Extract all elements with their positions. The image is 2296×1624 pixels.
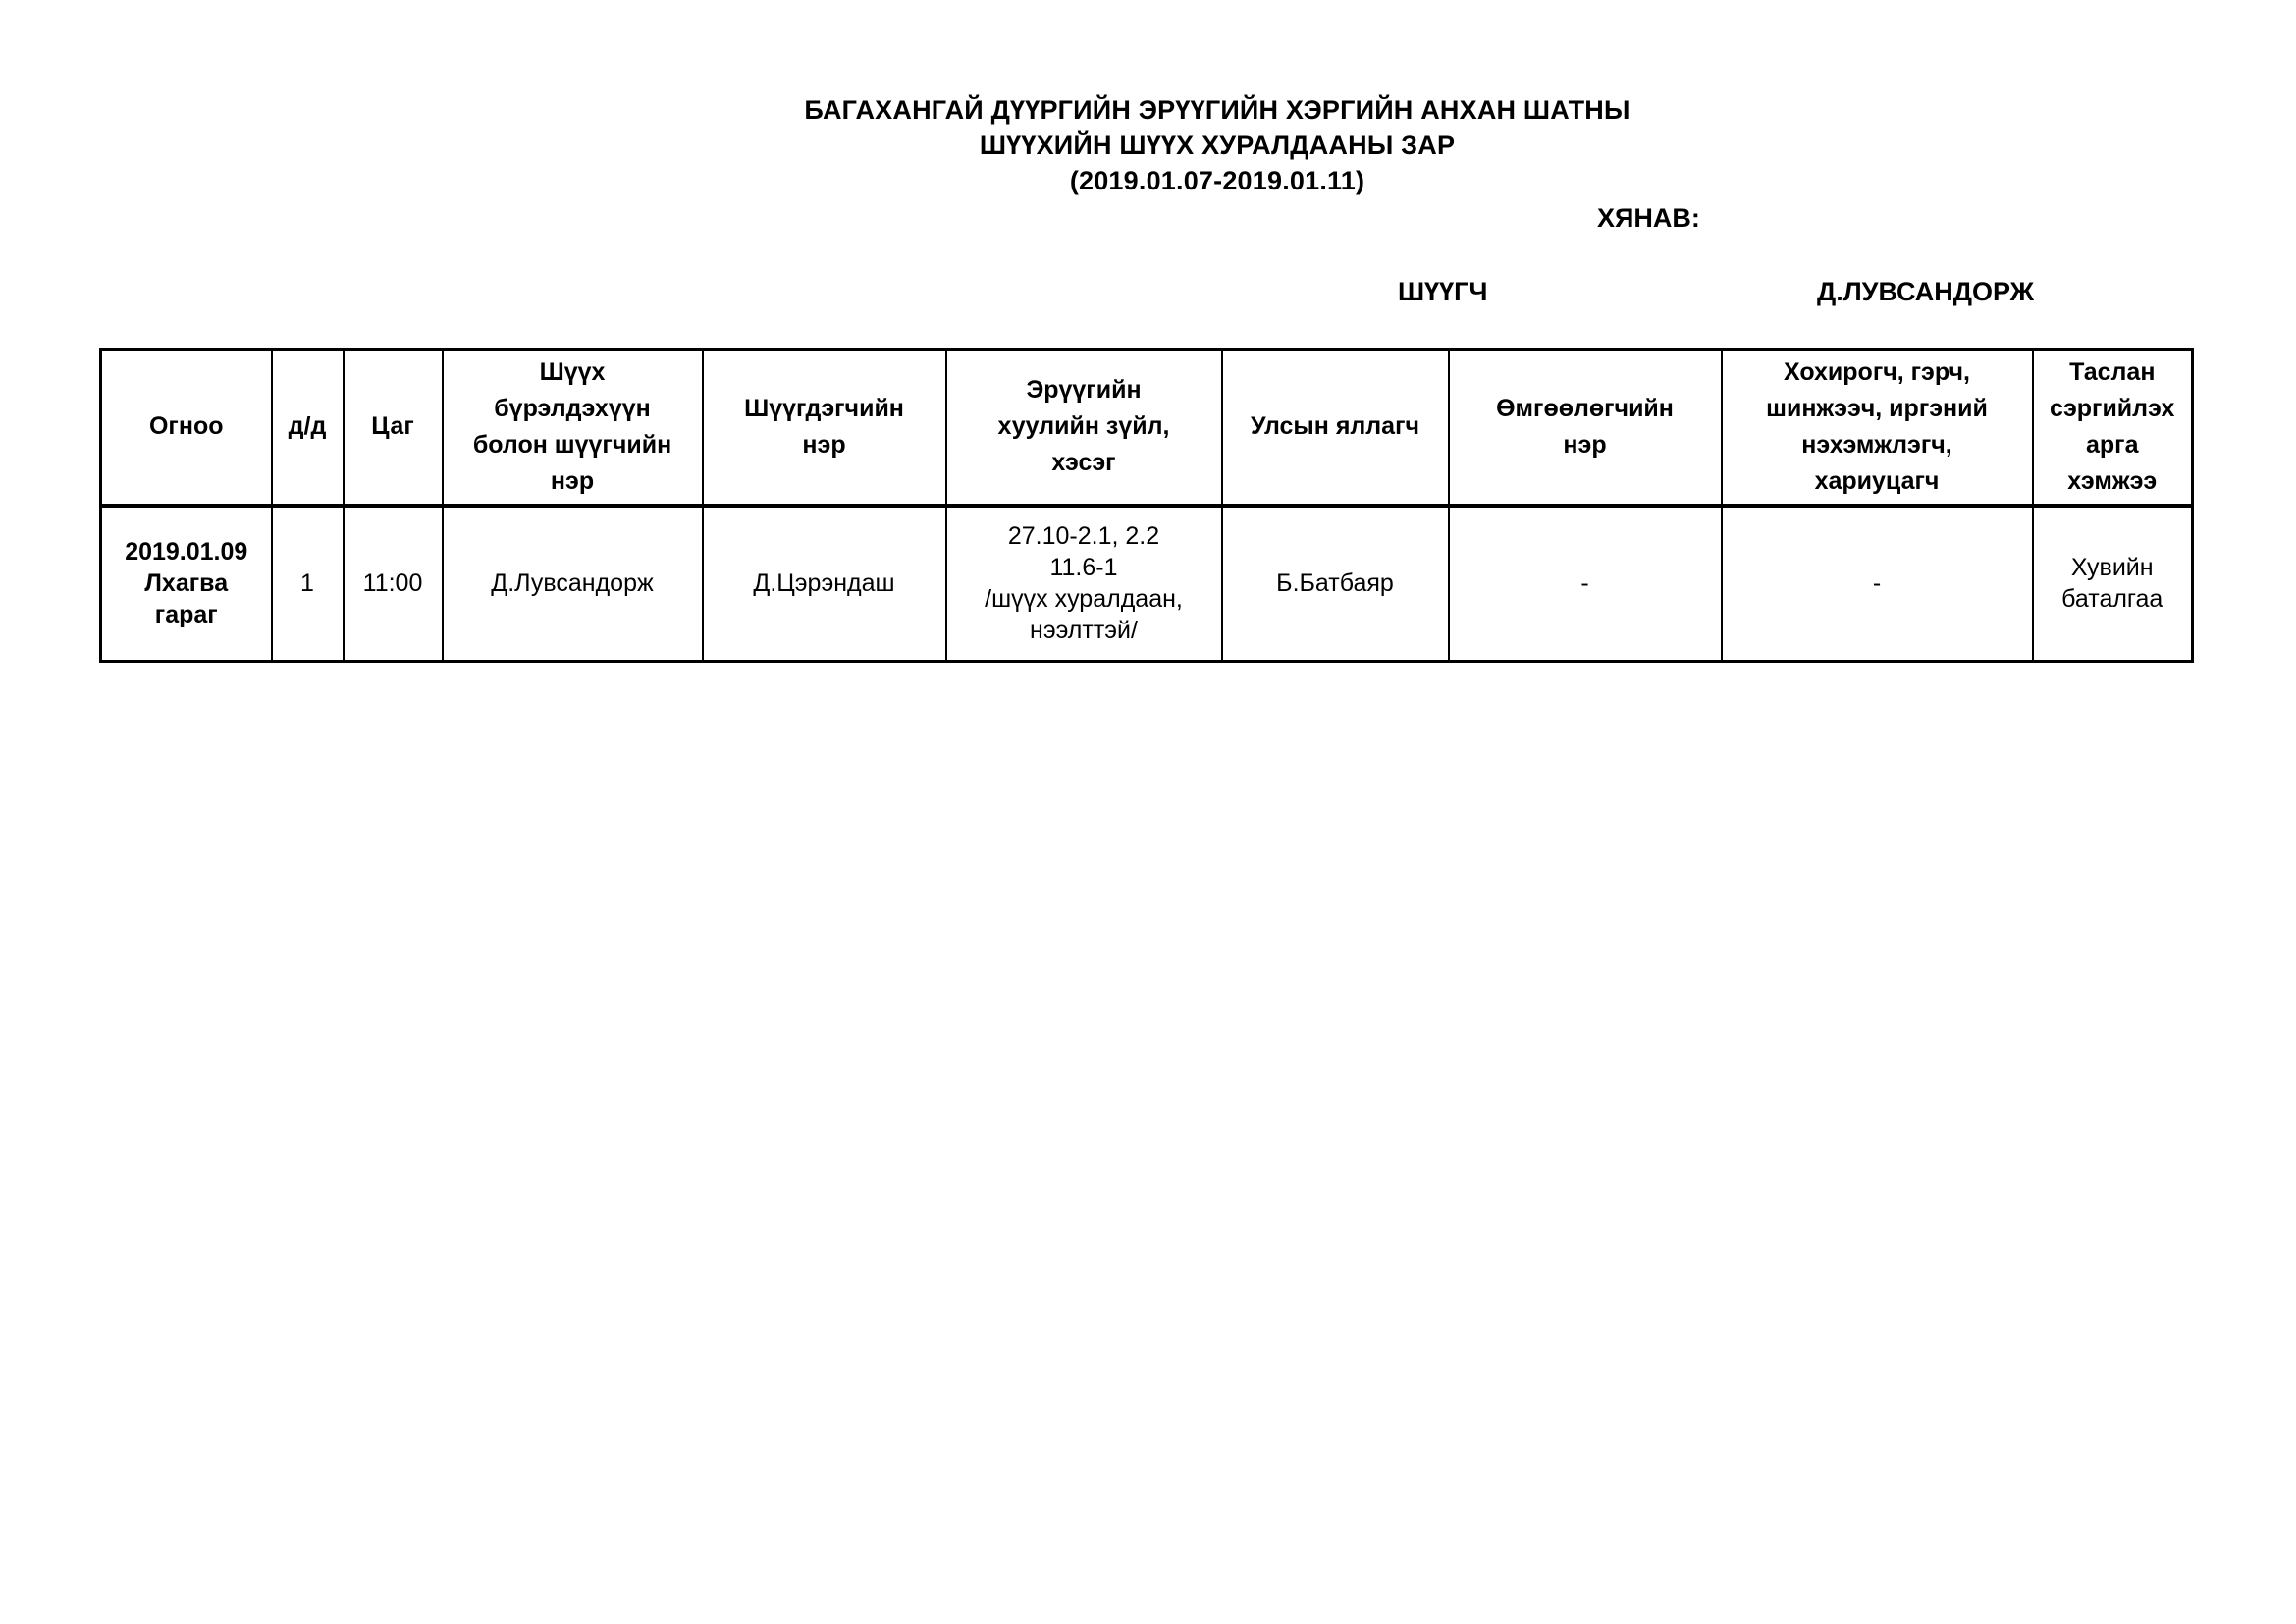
cell-text-line: 2019.01.09 (108, 536, 265, 568)
cell-text-line: /шүүх хуралдаан, (953, 583, 1215, 615)
document-title: БАГАХАНГАЙ ДҮҮРГИЙН ЭРҮҮГИЙН ХЭРГИЙН АНХ… (0, 92, 2296, 198)
cell-text-line: хэмжээ (2040, 463, 2186, 500)
cell-text-line: шинжээч, иргэний (1729, 391, 2026, 427)
cell-text-line: Хохирогч, гэрч, (1729, 354, 2026, 391)
cell-text-line: Шүүгдэгчийн (710, 391, 939, 427)
cell-text-line: хэсэг (953, 445, 1215, 481)
header-defense-lawyer: Өмгөөлөгчийннэр (1449, 350, 1722, 506)
cell-preventive-measure: Хувийнбаталгаа (2033, 506, 2193, 662)
cell-text-line: нэр (450, 463, 696, 500)
cell-defense-lawyer: - (1449, 506, 1722, 662)
cell-date: 2019.01.09Лхагвагараг (101, 506, 272, 662)
cell-text-line: баталгаа (2040, 583, 2186, 615)
header-time: Цаг (344, 350, 443, 506)
cell-court-panel: Д.Лувсандорж (443, 506, 703, 662)
cell-text-line: Таслан (2040, 354, 2186, 391)
cell-text-line: нээлттэй/ (953, 615, 1215, 646)
table-header-row: Огноо д/д Цаг Шүүхбүрэлдэхүүнболон шүүгч… (101, 350, 2193, 506)
header-prosecutor: Улсын яллагч (1222, 350, 1449, 506)
cell-text-line: Шүүх (450, 354, 696, 391)
judge-label: ШҮҮГЧ (1398, 275, 1487, 308)
cell-text-line: Огноо (108, 408, 265, 445)
cell-text-line: бүрэлдэхүүн (450, 391, 696, 427)
cell-text-line: гараг (108, 599, 265, 630)
header-court-panel: Шүүхбүрэлдэхүүнболон шүүгчийннэр (443, 350, 703, 506)
title-line-1: БАГАХАНГАЙ ДҮҮРГИЙН ЭРҮҮГИЙН ХЭРГИЙН АНХ… (0, 92, 2296, 128)
cell-text-line: хариуцагч (1729, 463, 2026, 500)
cell-text-line: 27.10-2.1, 2.2 (953, 520, 1215, 552)
cell-text-line: Улсын яллагч (1229, 408, 1442, 445)
cell-text-line: Хувийн (2040, 552, 2186, 583)
cell-text-line: нэхэмжлэгч, (1729, 427, 2026, 463)
cell-text-line: Эрүүгийн (953, 372, 1215, 408)
header-date: Огноо (101, 350, 272, 506)
cell-time: 11:00 (344, 506, 443, 662)
header-preventive-measure: Таслансэргийлэхаргахэмжээ (2033, 350, 2193, 506)
hearing-schedule-table: Огноо д/д Цаг Шүүхбүрэлдэхүүнболон шүүгч… (99, 348, 2194, 663)
cell-text-line: сэргийлэх (2040, 391, 2186, 427)
cell-defendant: Д.Цэрэндаш (703, 506, 946, 662)
cell-text-line: Цаг (350, 408, 436, 445)
cell-text-line: нэр (1456, 427, 1715, 463)
cell-victim-witness: - (1722, 506, 2033, 662)
cell-text-line: хуулийн зүйл, (953, 408, 1215, 445)
cell-text-line: болон шүүгчийн (450, 427, 696, 463)
header-defendant: Шүүгдэгчийннэр (703, 350, 946, 506)
cell-prosecutor: Б.Батбаяр (1222, 506, 1449, 662)
header-number: д/д (272, 350, 344, 506)
header-victim-witness: Хохирогч, гэрч,шинжээч, иргэнийнэхэмжлэг… (1722, 350, 2033, 506)
title-date-range: (2019.01.07-2019.01.11) (0, 163, 2296, 198)
cell-number: 1 (272, 506, 344, 662)
cell-text-line: Өмгөөлөгчийн (1456, 391, 1715, 427)
cell-text-line: 11.6-1 (953, 552, 1215, 583)
cell-text-line: д/д (279, 408, 337, 445)
approve-label: ХЯНАВ: (1597, 201, 1700, 235)
cell-text-line: арга (2040, 427, 2186, 463)
cell-text-line: нэр (710, 427, 939, 463)
table-row: 2019.01.09Лхагвагараг 1 11:00 Д.Лувсандо… (101, 506, 2193, 662)
cell-criminal-law-article: 27.10-2.1, 2.211.6-1/шүүх хуралдаан,нээл… (946, 506, 1222, 662)
title-line-2: ШҮҮХИЙН ШҮҮХ ХУРАЛДААНЫ ЗАР (0, 128, 2296, 163)
cell-text-line: Лхагва (108, 568, 265, 599)
header-criminal-law-article: Эрүүгийнхуулийн зүйл,хэсэг (946, 350, 1222, 506)
judge-name: Д.ЛУВСАНДОРЖ (1817, 275, 2034, 308)
